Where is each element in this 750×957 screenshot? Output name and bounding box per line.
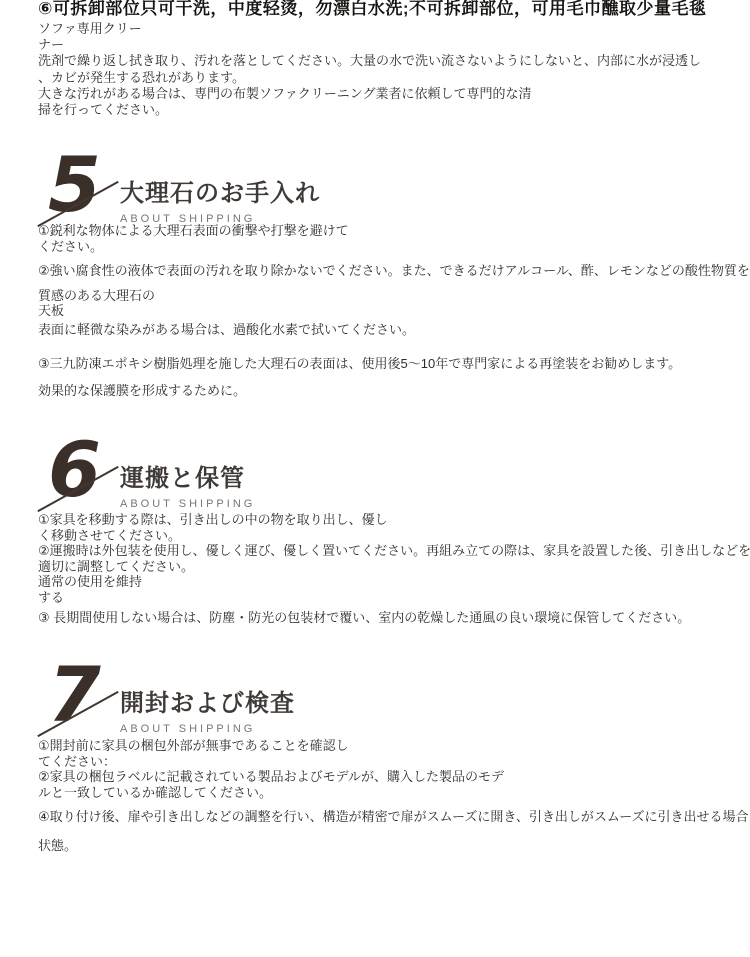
section-title-group: 開封および検査 ABOUT SHIPPING [120, 683, 295, 735]
intro-paragraph: ソファ専用クリー ナー 洗剤で繰り返し拭き取り、汚れを落としてください。大量の水… [38, 21, 701, 118]
text-line: ④取り付け後、扉や引き出しなどの調整を行い、構造が精密で扉がスムーズに開き、引き… [38, 809, 750, 825]
section-title-group: 運搬と保管 ABOUT SHIPPING [120, 458, 255, 510]
section-body: ①鋭利な物体による大理石表面の衝撃や打撃を避けて ください。 ②強い腐食性の液体… [38, 223, 750, 398]
text-line: する [38, 590, 750, 606]
text-line: ①鋭利な物体による大理石表面の衝撃や打撃を避けて [38, 223, 750, 239]
text-line: ③ 長期間使用しない場合は、防塵・防光の包装材で覆い、室内の乾燥した通風の良い環… [38, 610, 750, 626]
section-title: 開封および検査 [120, 683, 295, 718]
text-line: ①家具を移動する際は、引き出しの中の物を取り出し、優し [38, 512, 750, 528]
text-line: 洗剤で繰り返し拭き取り、汚れを落としてください。大量の水で洗い流さないようにしな… [38, 53, 701, 69]
text-line: 表面に軽微な染みがある場合は、過酸化水素で拭いてください。 [38, 322, 750, 338]
page: ⑥可拆卸部位只可干洗，中度轻烫，勿漂白水洗;不可拆卸部位，可用毛巾醮取少量毛毯 … [0, 0, 750, 957]
text-line: ②家具の梱包ラベルに記載されている製品およびモデルが、購入した製品のモデ [38, 769, 750, 785]
section-header: 7 開封および検査 ABOUT SHIPPING [38, 668, 750, 738]
text-line: ソファ専用クリー [38, 21, 701, 37]
section-body: ①家具を移動する際は、引き出しの中の物を取り出し、優し く移動させてください。 … [38, 512, 750, 626]
text-line: ②運搬時は外包装を使用し、優しく運び、優しく置いてください。再組み立ての際は、家… [38, 543, 750, 559]
text-line: 質感のある大理石の [38, 288, 750, 304]
text-line: 大きな汚れがある場合は、専門の布製ソファクリーニング業者に依頼して専門的な清 [38, 86, 701, 102]
text-line: 天板 [38, 303, 750, 319]
text-line: ルと一致しているか確認してください。 [38, 785, 750, 801]
section-title: 大理石のお手入れ [120, 173, 320, 208]
text-line: ③三九防凍エポキシ樹脂処理を施した大理石の表面は、使用後5〜10年で専門家による… [38, 356, 750, 372]
text-line: 適切に調整してください。 [38, 559, 750, 575]
section-transport-storage: 6 運搬と保管 ABOUT SHIPPING ①家具を移動する際は、引き出しの中… [38, 443, 750, 626]
text-line: てください： [38, 754, 750, 770]
text-line: ください。 [38, 239, 750, 255]
section-subtitle: ABOUT SHIPPING [120, 213, 320, 225]
section-unpacking-inspection: 7 開封および検査 ABOUT SHIPPING ①開封前に家具の梱包外部が無事… [38, 668, 750, 853]
text-line: ナー [38, 37, 701, 53]
section-header: 5 大理石のお手入れ ABOUT SHIPPING [38, 158, 750, 223]
text-line: ②強い腐食性の液体で表面の汚れを取り除かないでください。また、できるだけアルコー… [38, 263, 750, 279]
text-line: 、カビが発生する恐れがあります。 [38, 70, 701, 86]
section-title: 運搬と保管 [120, 458, 255, 493]
section-subtitle: ABOUT SHIPPING [120, 723, 295, 735]
section-header: 6 運搬と保管 ABOUT SHIPPING [38, 443, 750, 512]
section-body: ①開封前に家具の梱包外部が無事であることを確認し てください： ②家具の梱包ラベ… [38, 738, 750, 853]
text-line: 状態。 [38, 838, 750, 854]
text-line: く移動させてください。 [38, 528, 750, 544]
text-line: ①開封前に家具の梱包外部が無事であることを確認し [38, 738, 750, 754]
headline-care-notice: ⑥可拆卸部位只可干洗，中度轻烫，勿漂白水洗;不可拆卸部位，可用毛巾醮取少量毛毯 [38, 0, 707, 19]
section-marble-care: 5 大理石のお手入れ ABOUT SHIPPING ①鋭利な物体による大理石表面… [38, 158, 750, 398]
section-subtitle: ABOUT SHIPPING [120, 498, 255, 510]
section-title-group: 大理石のお手入れ ABOUT SHIPPING [120, 173, 320, 225]
text-line: 効果的な保護膜を形成するために。 [38, 383, 750, 399]
text-line: 通常の使用を維持 [38, 574, 750, 590]
text-line: 掃を行ってください。 [38, 102, 701, 118]
